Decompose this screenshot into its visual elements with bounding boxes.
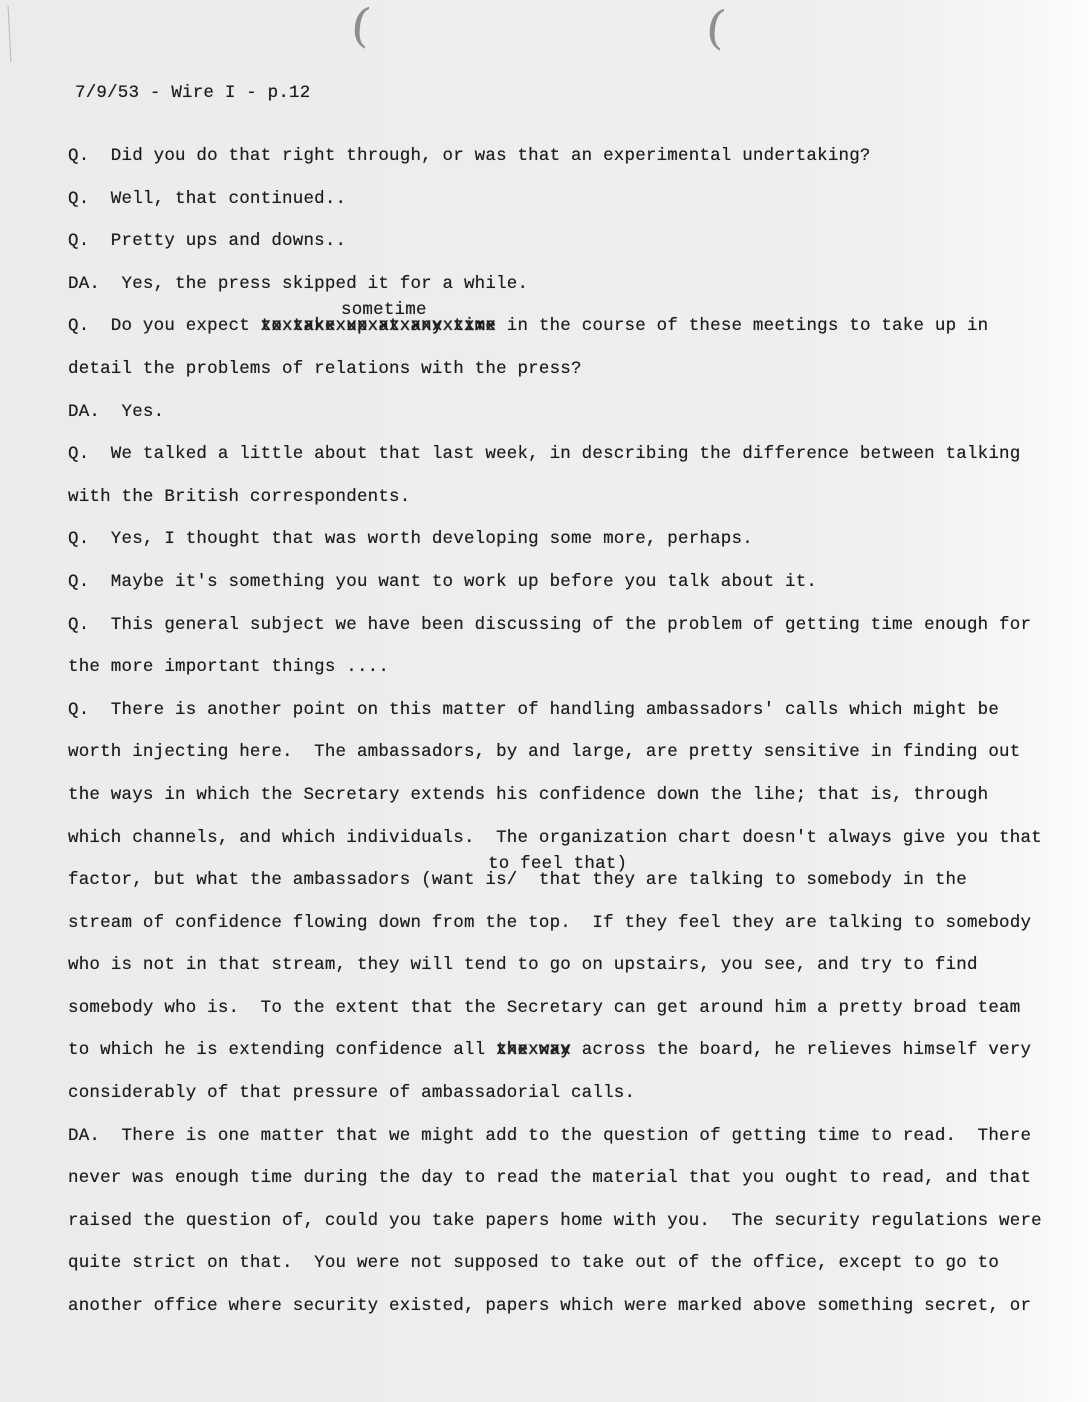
x-overstrike-overlay: xxxxxxx xyxy=(496,1029,571,1072)
text-line: Q. Pretty ups and downs.. xyxy=(68,220,1070,263)
typewritten-transcript-page: ( ( 7/9/53 - Wire I - p.12 Q. Did you do… xyxy=(0,0,1090,1402)
text-segment: Q. Maybe it's something you want to work… xyxy=(68,572,817,592)
text-segment: with the British correspondents. xyxy=(68,487,410,507)
text-segment: Q. We talked a little about that last we… xyxy=(68,444,1020,464)
text-line: detail the problems of relations with th… xyxy=(68,348,1070,391)
text-segment: the ways in which the Secretary extends … xyxy=(68,785,988,805)
text-segment: Q. Pretty ups and downs.. xyxy=(68,231,346,251)
text-line: with the British correspondents. xyxy=(68,476,1070,519)
text-line: DA. Yes. xyxy=(68,391,1070,434)
scan-paren-mark: ( xyxy=(348,0,373,53)
text-line: stream of confidence flowing down from t… xyxy=(68,902,1070,945)
text-segment: considerably of that pressure of ambassa… xyxy=(68,1083,635,1103)
x-overstrike-overlay: xxxxxxxxxxxxxxxxxxxxxx xyxy=(261,305,496,348)
text-line: the ways in which the Secretary extends … xyxy=(68,774,1070,817)
text-line: DA. Yes, the press skipped it for a whil… xyxy=(68,263,1070,306)
text-line: raised the question of, could you take p… xyxy=(68,1200,1070,1243)
text-segment: the more important things .... xyxy=(68,657,389,677)
text-segment: somebody who is. To the extent that the … xyxy=(68,998,1020,1018)
text-segment: worth injecting here. The ambassadors, b… xyxy=(68,742,1020,762)
struck-out-text: to take up at any timexxxxxxxxxxxxxxxxxx… xyxy=(261,305,496,348)
text-line: Q. Well, that continued.. xyxy=(68,178,1070,221)
scan-edge-line xyxy=(8,6,12,62)
text-segment: DA. Yes. xyxy=(68,402,164,422)
document-content: 7/9/53 - Wire I - p.12 Q. Did you do tha… xyxy=(68,72,1070,1328)
text-segment: Q. Do you expect xyxy=(68,316,261,336)
scan-paren-mark: ( xyxy=(703,0,728,55)
text-line: Q. This general subject we have been dis… xyxy=(68,604,1070,647)
text-segment: who is not in that stream, they will ten… xyxy=(68,955,978,975)
text-segment: Q. Well, that continued.. xyxy=(68,189,346,209)
text-segment: detail the problems of relations with th… xyxy=(68,359,582,379)
text-segment: Q. There is another point on this matter… xyxy=(68,700,999,720)
text-segment: Q. Did you do that right through, or was… xyxy=(68,146,871,166)
text-segment: stream of confidence flowing down from t… xyxy=(68,913,1031,933)
text-line: worth injecting here. The ambassadors, b… xyxy=(68,731,1070,774)
text-segment: Q. Yes, I thought that was worth develop… xyxy=(68,529,753,549)
text-line: another office where security existed, p… xyxy=(68,1285,1070,1328)
text-segment: raised the question of, could you take p… xyxy=(68,1211,1042,1231)
text-line: the more important things .... xyxy=(68,646,1070,689)
text-line: Q. Did you do that right through, or was… xyxy=(68,135,1070,178)
text-line: Q. We talked a little about that last we… xyxy=(68,433,1070,476)
page-header: 7/9/53 - Wire I - p.12 xyxy=(68,72,1070,115)
text-line: somebody who is. To the extent that the … xyxy=(68,987,1070,1030)
text-segment: DA. Yes, the press skipped it for a whil… xyxy=(68,274,528,294)
text-segment: across the board, he relieves himself ve… xyxy=(571,1040,1031,1060)
text-segment: another office where security existed, p… xyxy=(68,1296,1031,1316)
inserted-correction: to feel that) xyxy=(488,843,627,886)
text-line: Q. Yes, I thought that was worth develop… xyxy=(68,518,1070,561)
struck-out-text: the wayxxxxxxx xyxy=(496,1029,571,1072)
text-line: to feel that)factor, but what the ambass… xyxy=(68,859,1070,902)
text-line: to which he is extending confidence all … xyxy=(68,1029,1070,1072)
text-segment: quite strict on that. You were not suppo… xyxy=(68,1253,999,1273)
text-line: DA. There is one matter that we might ad… xyxy=(68,1115,1070,1158)
text-line: sometimeQ. Do you expect to take up at a… xyxy=(68,305,1070,348)
text-segment: in the course of these meetings to take … xyxy=(496,316,988,336)
text-line: who is not in that stream, they will ten… xyxy=(68,944,1070,987)
text-segment: DA. There is one matter that we might ad… xyxy=(68,1126,1031,1146)
text-line: never was enough time during the day to … xyxy=(68,1157,1070,1200)
text-line: quite strict on that. You were not suppo… xyxy=(68,1242,1070,1285)
text-line: Q. Maybe it's something you want to work… xyxy=(68,561,1070,604)
text-line: considerably of that pressure of ambassa… xyxy=(68,1072,1070,1115)
text-line: Q. There is another point on this matter… xyxy=(68,689,1070,732)
text-segment: Q. This general subject we have been dis… xyxy=(68,615,1031,635)
text-segment: never was enough time during the day to … xyxy=(68,1168,1031,1188)
text-segment: to which he is extending confidence all xyxy=(68,1040,496,1060)
document-lines: Q. Did you do that right through, or was… xyxy=(68,135,1070,1328)
